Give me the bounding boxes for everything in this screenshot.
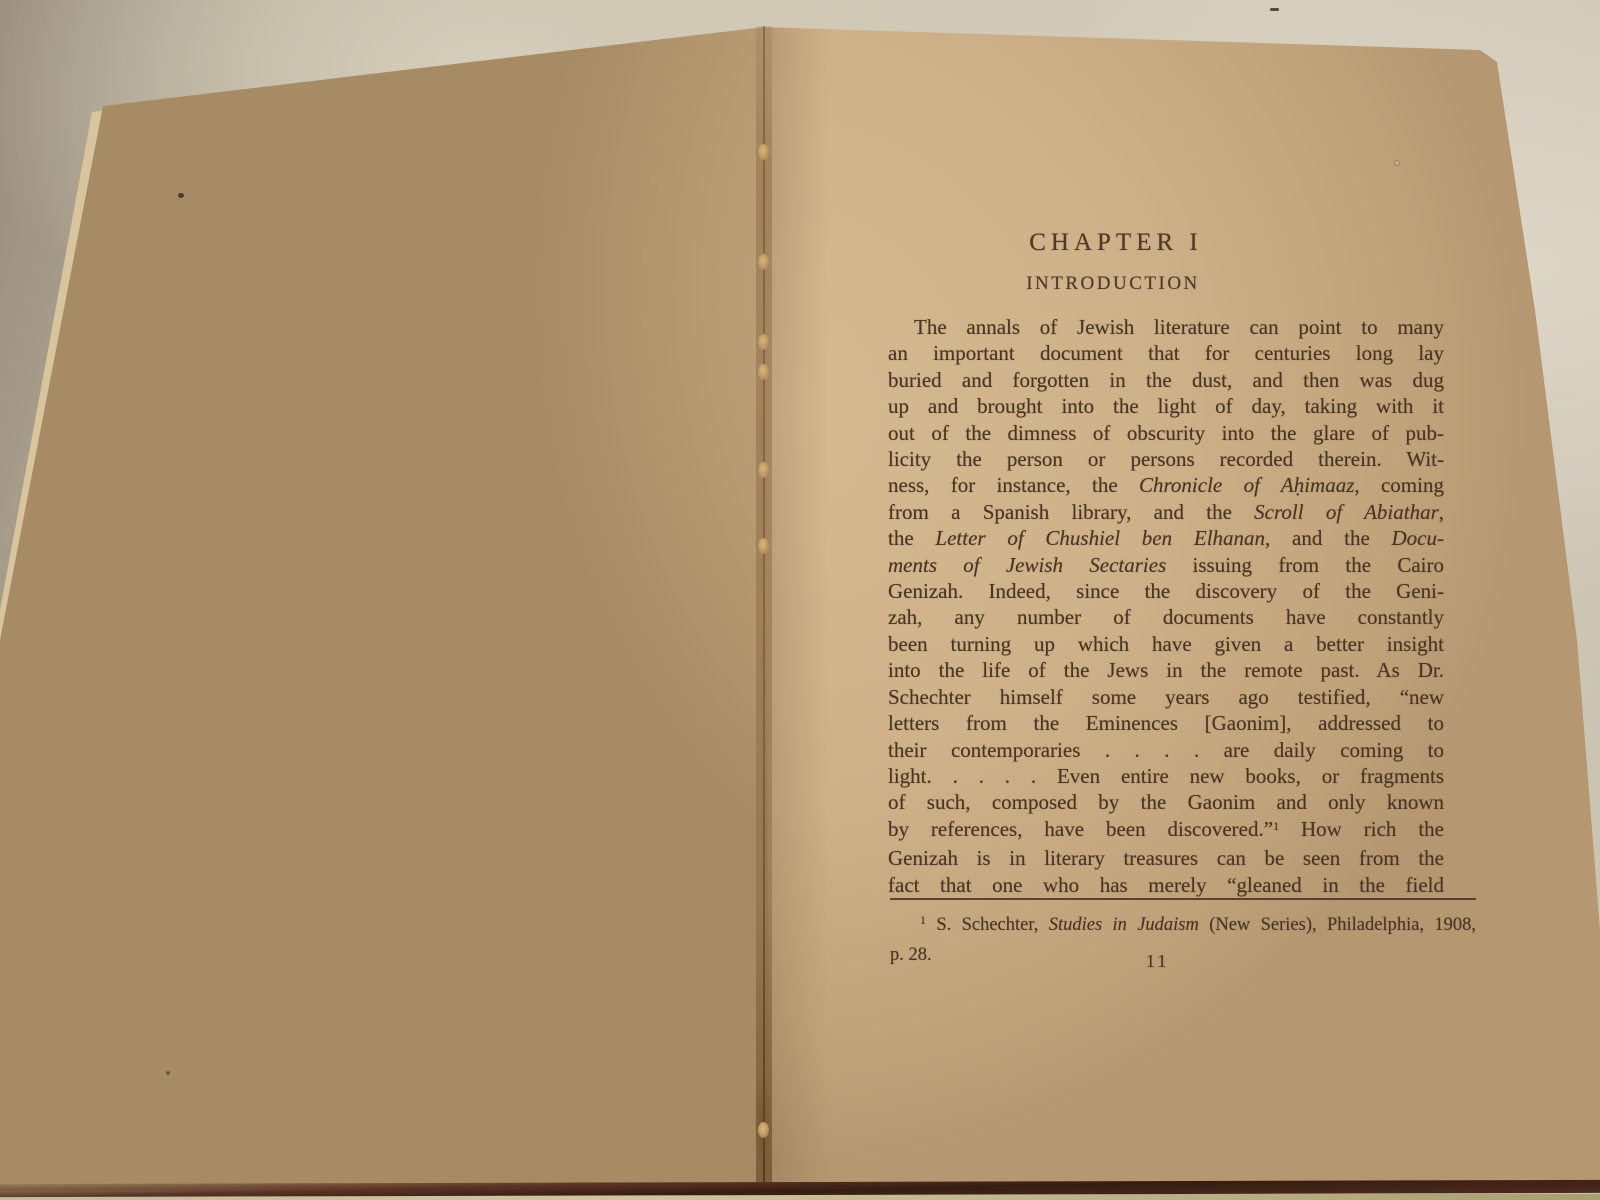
body-text-line: buried and forgotten in the dust, and th… [888, 367, 1444, 393]
body-text-line: zah, any number of documents have consta… [888, 604, 1444, 630]
body-text-line: ments of Jewish Sectaries issuing from t… [888, 552, 1444, 578]
body-text-line: from a Spanish library, and the Scroll o… [888, 499, 1444, 525]
body-text-line: by references, have been discovered.”1 H… [888, 816, 1444, 845]
stitch-knot [758, 334, 769, 350]
body-text-line: been turning up which have given a bette… [888, 631, 1444, 657]
body-text-line: out of the dimness of obscurity into the… [888, 420, 1444, 446]
body-text-line: into the life of the Jews in the remote … [888, 657, 1444, 683]
stitch-knot [758, 254, 769, 270]
body-text-line: light. . . . . Even entire new books, or… [888, 763, 1444, 789]
stitch-knot [758, 144, 769, 160]
body-text-line: ness, for instance, the Chronicle of Aḥi… [888, 472, 1444, 498]
page-number: 11 [1146, 951, 1169, 972]
chapter-heading: CHAPTER I [838, 228, 1394, 258]
body-text-line: fact that one who has merely “gleaned in… [888, 872, 1444, 898]
body-text-line: Schechter himself some years ago testifi… [888, 684, 1444, 710]
paper-speck [178, 193, 184, 198]
paper-speck [166, 1071, 170, 1075]
body-paragraph: The annals of Jewish literature can poin… [888, 314, 1444, 898]
footnote-line: p. 28. [890, 941, 1476, 970]
paper-speck [1394, 160, 1400, 166]
page-text-column: CHAPTER I INTRODUCTION The annals of Jew… [888, 228, 1444, 898]
body-text-line: the Letter of Chushiel ben Elhanan, and … [888, 525, 1444, 551]
paper-speck [1270, 8, 1279, 11]
body-text-line: of such, composed by the Gaonim and only… [888, 789, 1444, 815]
footnote-line: 1 S. Schechter, Studies in Judaism (New … [890, 911, 1476, 941]
body-text-line: licity the person or persons recorded th… [888, 446, 1444, 472]
stitch-knot [758, 462, 769, 478]
stitch-knot [758, 364, 769, 380]
stitch-knot [758, 1122, 769, 1138]
body-text-line: Genizah. Indeed, since the discovery of … [888, 578, 1444, 604]
gutter-stain [754, 1076, 772, 1166]
stitch-knot [758, 538, 769, 554]
stitching-seam [763, 26, 765, 1186]
body-text-line: an important document that for centuries… [888, 340, 1444, 366]
body-text-line: Genizah is in literary treasures can be … [888, 845, 1444, 871]
body-text-line: up and brought into the light of day, ta… [888, 393, 1444, 419]
body-text-line: The annals of Jewish literature can poin… [888, 314, 1444, 340]
body-text-line: letters from the Eminences [Gaonim], add… [888, 710, 1444, 736]
body-text-line: their contemporaries . . . . are daily c… [888, 737, 1444, 763]
book-photo: CHAPTER I INTRODUCTION The annals of Jew… [0, 0, 1600, 1200]
book-gutter-seam [756, 26, 772, 1186]
section-heading: INTRODUCTION [835, 273, 1391, 295]
footnote-block: 1 S. Schechter, Studies in Judaism (New … [890, 898, 1476, 970]
